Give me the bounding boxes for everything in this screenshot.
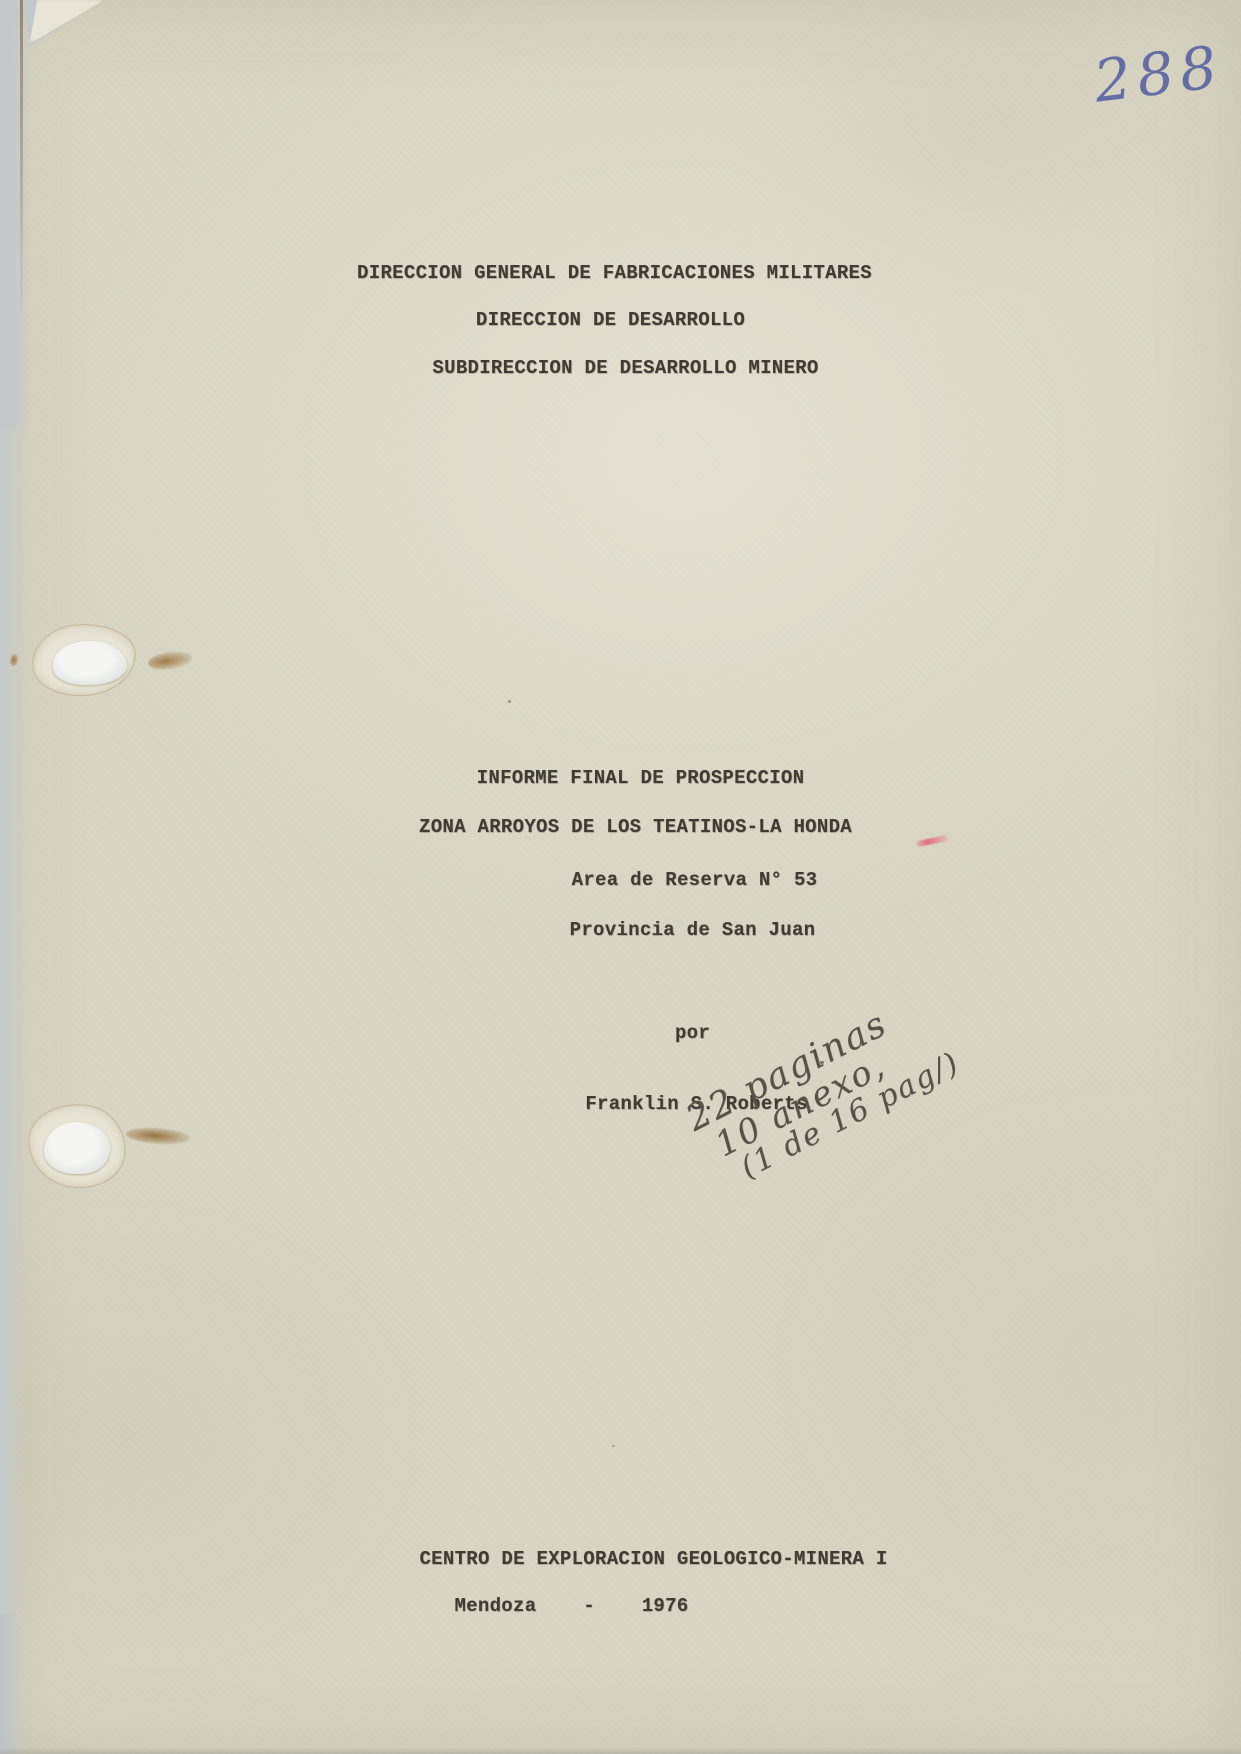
footer-place-year: Mendoza - 1976: [454, 1594, 688, 1618]
byline-label: por: [675, 1021, 710, 1045]
title-line-4: Provincia de San Juan: [570, 918, 816, 942]
header-line-3: SUBDIRECCION DE DESARROLLO MINERO: [432, 356, 818, 380]
header-line-2: DIRECCION DE DESARROLLO: [476, 308, 745, 332]
scanner-bed-left-edge-top: [0, 0, 30, 430]
title-line-1: INFORME FINAL DE PROSPECCION: [477, 766, 805, 790]
footer-institution: CENTRO DE EXPLORACION GEOLOGICO-MINERA I: [419, 1547, 887, 1571]
ink-speck: [508, 700, 511, 703]
scanned-document-page: 288 DIRECCION GENERAL DE FABRICACIONES M…: [0, 0, 1241, 1754]
punch-hole-top-void: [53, 641, 127, 685]
paper-bottom-edge: [0, 1747, 1241, 1754]
header-line-1: DIRECCION GENERAL DE FABRICACIONES MILIT…: [357, 261, 872, 285]
ink-speck: [612, 1445, 615, 1447]
scanner-bed-bottom-left: [0, 1614, 20, 1754]
paper-edge-shadow: [20, 0, 23, 320]
title-line-3: Area de Reserva N° 53: [572, 868, 818, 892]
punch-hole-bottom-void: [44, 1122, 110, 1174]
title-line-2: ZONA ARROYOS DE LOS TEATINOS-LA HONDA: [419, 815, 852, 839]
